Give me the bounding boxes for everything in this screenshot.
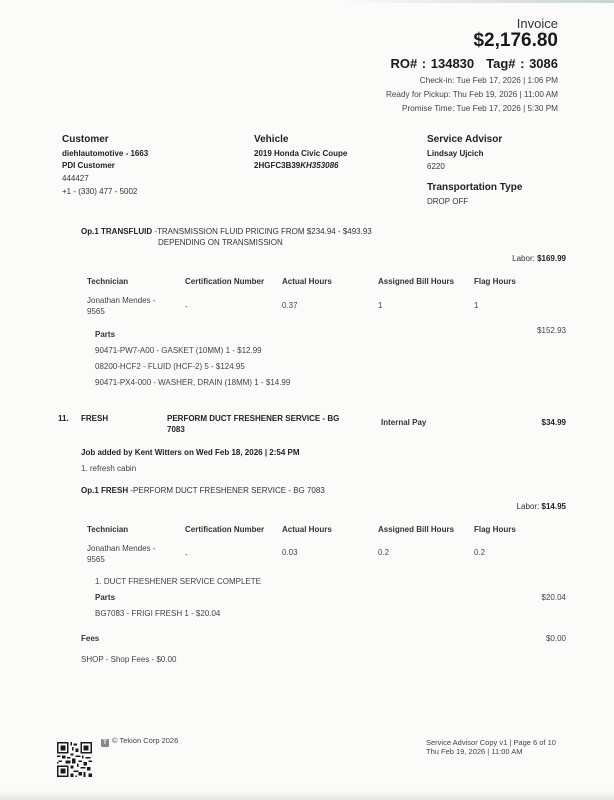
invoice-page: Invoice $2,176.80 RO# : 134830Tag# : 308… <box>0 0 614 800</box>
labor-amount: $169.99 <box>537 254 566 263</box>
ready-for-pickup-time: Ready for Pickup: Thu Feb 19, 2026 | 11:… <box>386 90 558 99</box>
vehicle-vin: 2HGFC3B39KH353086 <box>254 161 339 170</box>
copyright: T© Tekion Corp 2026 <box>101 736 178 747</box>
job-description: PERFORM DUCT FRESHENER SERVICE - BG <box>167 414 339 423</box>
job-amount: $34.99 <box>542 418 566 427</box>
col-flag-hours: Flag Hours <box>474 277 516 286</box>
col-actual-hours: Actual Hours <box>282 277 332 286</box>
invoice-total: $2,176.80 <box>473 30 558 52</box>
check-in-time: Check-in: Tue Feb 17, 2026 | 1:06 PM <box>420 76 558 85</box>
op-code: Op.1 TRANSFLUID <box>81 227 152 236</box>
customer-id: 444427 <box>62 174 89 183</box>
certification-number: - <box>185 302 188 311</box>
ro-tag-line: RO# : 134830Tag# : 3086 <box>390 56 558 71</box>
fees-heading: Fees <box>81 634 99 643</box>
actual-hours: 0.37 <box>282 301 298 310</box>
parts-total: $20.04 <box>542 593 566 602</box>
labor-label: Labor: <box>512 254 535 263</box>
col-certification: Certification Number <box>185 525 264 534</box>
customer-type: PDI Customer <box>62 161 115 170</box>
assigned-bill-hours: 1 <box>378 301 382 310</box>
parts-total: $152.93 <box>537 326 566 335</box>
labor-total: Labor: $14.95 <box>517 502 566 511</box>
technician-name: Jonathan Mendes - <box>87 296 156 305</box>
job-added-by: Job added by Kent Witters on Wed Feb 18,… <box>81 448 300 457</box>
tag-number: Tag# : 3086 <box>486 56 558 71</box>
customer-title: Customer <box>62 134 109 145</box>
transportation-title: Transportation Type <box>427 182 522 193</box>
parts-heading: Parts <box>95 330 115 339</box>
technician-id: 9565 <box>87 307 105 316</box>
qr-code-icon <box>57 741 92 778</box>
vehicle-description: 2019 Honda Civic Coupe <box>254 149 347 158</box>
document-type: Invoice <box>517 16 558 31</box>
col-flag-hours: Flag Hours <box>474 525 516 534</box>
col-actual-hours: Actual Hours <box>282 525 332 534</box>
part-line: 90471-PX4-000 - WASHER, DRAIN (18MM) 1 -… <box>95 378 290 387</box>
labor-amount: $14.95 <box>542 502 566 511</box>
labor-total: Labor: $169.99 <box>512 254 566 263</box>
service-advisor-title: Service Advisor <box>427 134 502 145</box>
col-assigned-bill-hours: Assigned Bill Hours <box>378 277 454 286</box>
col-certification: Certification Number <box>185 277 264 286</box>
part-line: 90471-PW7-A00 - GASKET (10MM) 1 - $12.99 <box>95 346 262 355</box>
fee-line: SHOP - Shop Fees - $0.00 <box>81 655 176 664</box>
printed-at: Thu Feb 19, 2026 | 11:00 AM <box>426 747 522 756</box>
customer-phone: +1 - (330) 477 - 5002 <box>62 187 137 196</box>
job-concern: 1. refresh cabin <box>81 464 136 473</box>
customer-name: diehlautomotive - 1663 <box>62 149 148 158</box>
technician-id: 9565 <box>87 555 105 564</box>
vehicle-title: Vehicle <box>254 134 288 145</box>
certification-number: - <box>185 550 188 559</box>
story-line: 1. DUCT FRESHENER SERVICE COMPLETE <box>95 577 261 586</box>
vin-prefix: 2HGFC3B39 <box>254 161 300 170</box>
service-advisor-id: 6220 <box>427 162 445 171</box>
flag-hours: 0.2 <box>474 548 485 557</box>
copy-page-info: Service Advisor Copy v1 | Page 6 of 10 <box>426 738 556 747</box>
labor-label: Labor: <box>517 502 540 511</box>
op-description-cont: DEPENDING ON TRANSMISSION <box>158 238 283 247</box>
parts-heading: Parts <box>95 593 115 602</box>
scan-edge-bottom <box>0 790 614 800</box>
job-code: FRESH <box>81 414 108 423</box>
actual-hours: 0.03 <box>282 548 298 557</box>
technician-name: Jonathan Mendes - <box>87 544 156 553</box>
op-code: Op.1 FRESH <box>81 486 128 495</box>
service-advisor-name: Lindsay Ujcich <box>427 149 483 158</box>
col-assigned-bill-hours: Assigned Bill Hours <box>378 525 454 534</box>
flag-hours: 1 <box>474 301 478 310</box>
job-number: 11. <box>58 414 69 423</box>
op-description: -TRANSMISSION FLUID PRICING FROM $234.94… <box>154 227 371 236</box>
tekion-logo-icon: T <box>101 739 109 747</box>
job-pay-type: Internal Pay <box>381 418 426 427</box>
op-description: -PERFORM DUCT FRESHENER SERVICE - BG 708… <box>130 486 324 495</box>
promise-time: Promise Time: Tue Feb 17, 2026 | 5:30 PM <box>402 104 558 113</box>
copyright-text: © Tekion Corp 2026 <box>112 736 178 745</box>
part-line: BG7083 - FRIGI FRESH 1 - $20.04 <box>95 609 220 618</box>
col-technician: Technician <box>87 277 128 286</box>
col-technician: Technician <box>87 525 128 534</box>
transportation-value: DROP OFF <box>427 197 468 206</box>
fees-total: $0.00 <box>546 634 566 643</box>
op-fresh-line: Op.1 FRESH -PERFORM DUCT FRESHENER SERVI… <box>81 486 325 495</box>
assigned-bill-hours: 0.2 <box>378 548 389 557</box>
ro-number: RO# : 134830 <box>390 56 474 71</box>
op-transfluid-line: Op.1 TRANSFLUID -TRANSMISSION FLUID PRIC… <box>81 227 372 236</box>
job-description-cont: 7083 <box>167 425 185 434</box>
part-line: 08200-HCF2 - FLUID (HCF-2) 5 - $124.95 <box>95 362 245 371</box>
scan-edge-top <box>340 0 614 3</box>
vin-suffix: KH353086 <box>300 161 338 170</box>
